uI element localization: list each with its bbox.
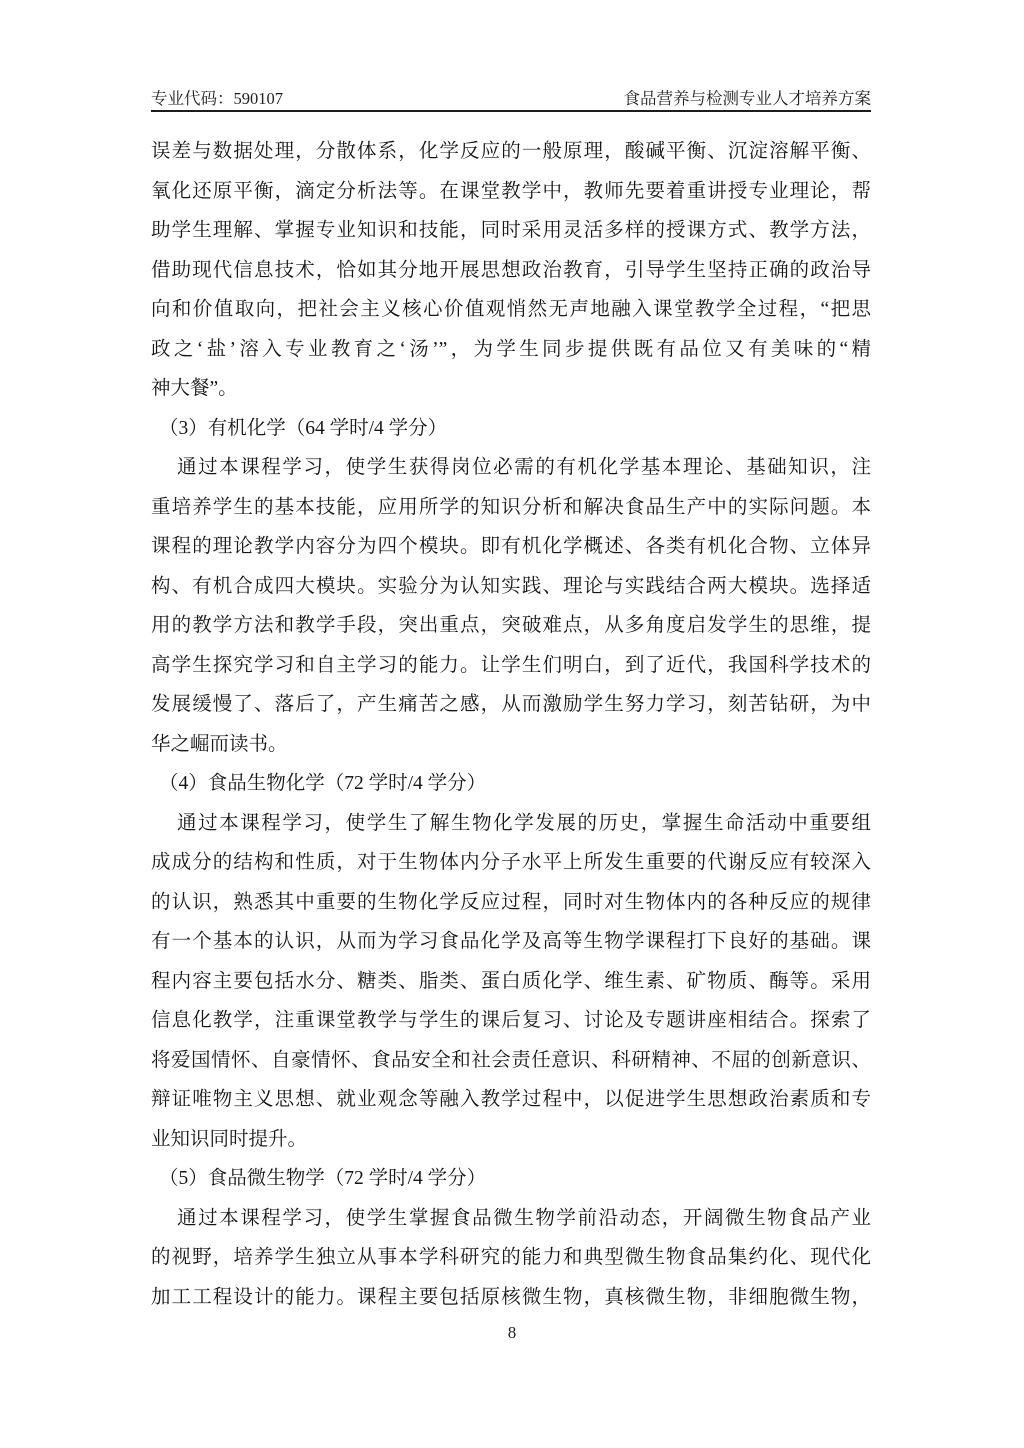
- page-footer: 8: [0, 1322, 1024, 1344]
- document-page: 专业代码：590107 食品营养与检测专业人才培养方案 误差与数据处理，分散体系…: [0, 0, 1024, 1448]
- text-line: 加工工程设计的能力。课程主要包括原核微生物，真核微生物，非细胞微生物，: [151, 1278, 871, 1318]
- text-line: 氧化还原平衡，滴定分析法等。在课堂教学中，教师先要着重讲授专业理论，帮: [151, 172, 871, 212]
- text-line: 通过本课程学习，使学生获得岗位必需的有机化学基本理论、基础知识，注: [151, 448, 871, 488]
- document-body: 误差与数据处理，分散体系，化学反应的一般原理，酸碱平衡、沉淀溶解平衡、氧化还原平…: [151, 132, 871, 1317]
- text-line: 的认识，熟悉其中重要的生物化学反应过程，同时对生物体内的各种反应的规律: [151, 883, 871, 923]
- text-line: 神大餐”。: [151, 369, 871, 409]
- text-line: 信息化教学，注重课堂教学与学生的课后复习、讨论及专题讲座相结合。探索了: [151, 1001, 871, 1041]
- text-line: 用的教学方法和教学手段，突出重点，突破难点，从多角度启发学生的思维，提: [151, 606, 871, 646]
- header-document-title: 食品营养与检测专业人才培养方案: [624, 88, 872, 110]
- text-line: 通过本课程学习，使学生掌握食品微生物学前沿动态，开阔微生物食品产业: [151, 1199, 871, 1239]
- header-divider: [151, 110, 871, 112]
- text-line: 政之‘盐’溶入专业教育之‘汤’”，为学生同步提供既有品位又有美味的“精: [151, 330, 871, 370]
- text-line: 助学生理解、掌握专业知识和技能，同时采用灵活多样的授课方式、教学方法，: [151, 211, 871, 251]
- text-line: 的视野，培养学生独立从事本学科研究的能力和典型微生物食品集约化、现代化: [151, 1238, 871, 1278]
- text-line: （3）有机化学（64 学时/4 学分）: [151, 409, 871, 449]
- text-line: 辩证唯物主义思想、就业观念等融入教学过程中，以促进学生思想政治素质和专: [151, 1080, 871, 1120]
- text-line: 华之崛而读书。: [151, 725, 871, 765]
- text-line: 构、有机合成四大模块。实验分为认知实践、理论与实践结合两大模块。选择适: [151, 567, 871, 607]
- text-line: 发展缓慢了、落后了，产生痛苦之感，从而激励学生努力学习，刻苦钻研，为中: [151, 685, 871, 725]
- text-line: 重培养学生的基本技能，应用所学的知识分析和解决食品生产中的实际问题。本: [151, 488, 871, 528]
- text-line: （4）食品生物化学（72 学时/4 学分）: [151, 764, 871, 804]
- text-line: 将爱国情怀、自豪情怀、食品安全和社会责任意识、科研精神、不屈的创新意识、: [151, 1041, 871, 1081]
- text-line: 课程的理论教学内容分为四个模块。即有机化学概述、各类有机化合物、立体异: [151, 527, 871, 567]
- page-header: 专业代码：590107 食品营养与检测专业人才培养方案: [151, 86, 871, 110]
- text-line: 高学生探究学习和自主学习的能力。让学生们明白，到了近代，我国科学技术的: [151, 646, 871, 686]
- text-line: 程内容主要包括水分、糖类、脂类、蛋白质化学、维生素、矿物质、酶等。采用: [151, 962, 871, 1002]
- text-line: 借助现代信息技术，恰如其分地开展思想政治教育，引导学生坚持正确的政治导: [151, 251, 871, 291]
- text-line: 通过本课程学习，使学生了解生物化学发展的历史，掌握生命活动中重要组: [151, 804, 871, 844]
- text-line: 误差与数据处理，分散体系，化学反应的一般原理，酸碱平衡、沉淀溶解平衡、: [151, 132, 871, 172]
- text-line: 业知识同时提升。: [151, 1120, 871, 1160]
- header-professional-code: 专业代码：590107: [151, 88, 283, 110]
- text-line: 成成分的结构和性质，对于生物体内分子水平上所发生重要的代谢反应有较深入: [151, 843, 871, 883]
- text-line: （5）食品微生物学（72 学时/4 学分）: [151, 1159, 871, 1199]
- page-number: 8: [508, 1323, 517, 1342]
- text-line: 向和价值取向，把社会主义核心价值观悄然无声地融入课堂教学全过程，“把思: [151, 290, 871, 330]
- text-line: 有一个基本的认识，从而为学习食品化学及高等生物学课程打下良好的基础。课: [151, 922, 871, 962]
